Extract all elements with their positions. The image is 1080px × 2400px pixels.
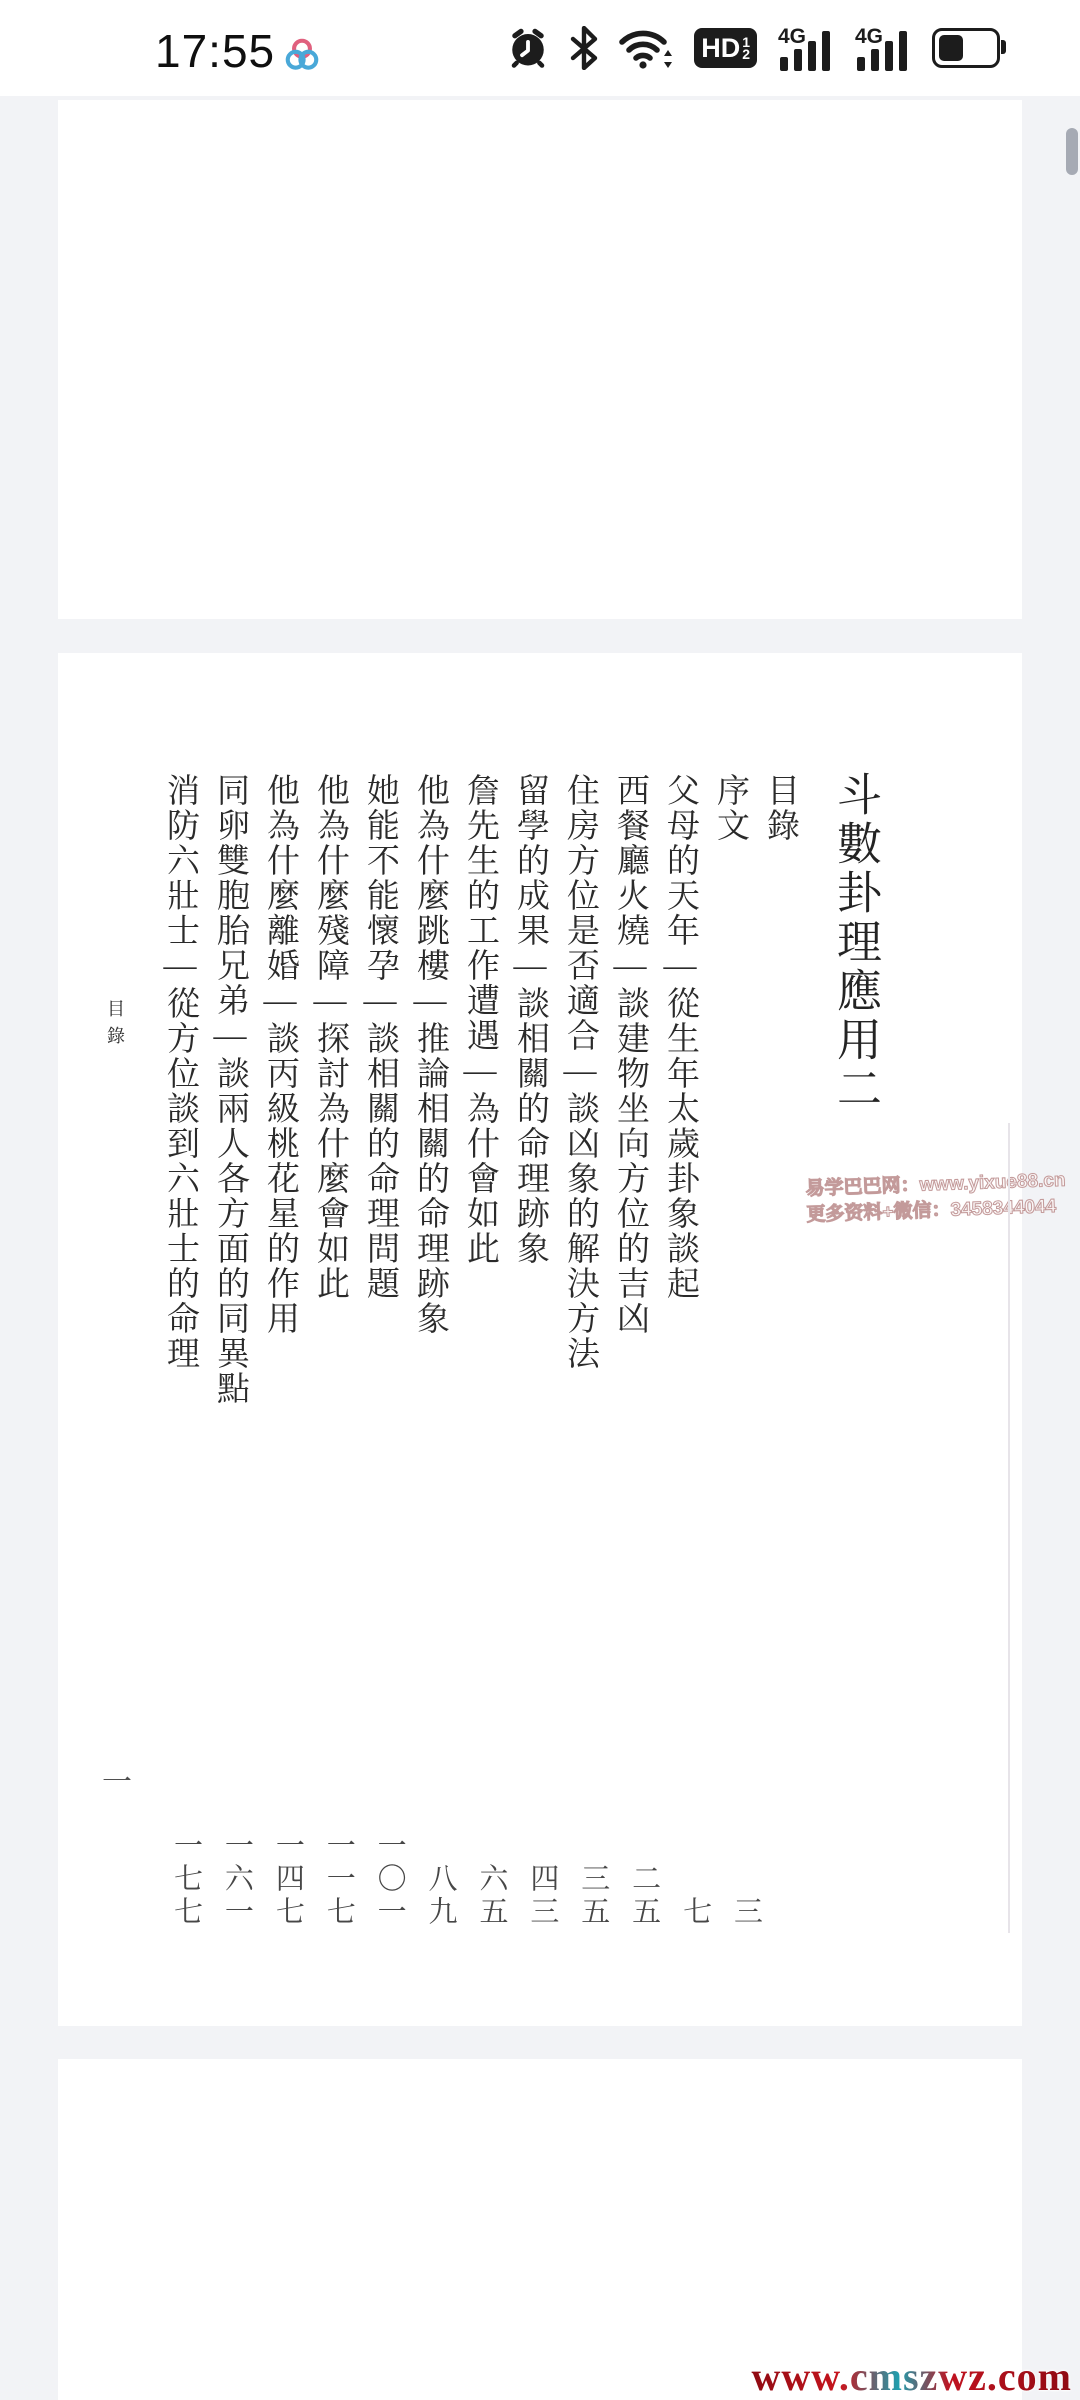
alarm-clock-icon — [507, 26, 549, 70]
toc-page-number: 三五 — [578, 1863, 608, 1929]
scrollbar-thumb[interactable] — [1066, 128, 1078, 175]
document-viewer: 斗數卦理應用二 目錄 序文 父母的天年—從生年太歲卦象談起 西餐廳火燒—談建物坐… — [0, 100, 1080, 2400]
watermark: 易学巴巴网：www.yixue88.cn 更多资料+微信：3458344044 — [805, 1169, 1023, 1229]
toc-page-number: 一七七 — [171, 1830, 201, 1929]
page-toc[interactable]: 斗數卦理應用二 目錄 序文 父母的天年—從生年太歲卦象談起 西餐廳火燒—談建物坐… — [58, 653, 1022, 2026]
bluetooth-icon — [570, 26, 598, 70]
toc-page-number: 六五 — [476, 1863, 506, 1929]
status-icons: HD 1 2 4G 4G — [507, 0, 1000, 96]
toc-page-number: 一六一 — [222, 1830, 252, 1929]
tri-rings-app-icon — [283, 36, 321, 74]
toc-page-number: 一〇一 — [375, 1830, 405, 1929]
toc-page-number: 三 — [731, 1896, 761, 1929]
sim2-network-label: 4G — [855, 25, 883, 48]
status-bar: 17:55 HD 1 2 — [0, 0, 1080, 96]
site-watermark-url: www.cmszwz.com — [751, 2353, 1072, 2400]
toc-page-number: 七 — [680, 1896, 710, 1929]
battery-icon — [932, 28, 1000, 68]
battery-nub — [1001, 40, 1006, 54]
toc-page-number: 一四七 — [273, 1830, 303, 1929]
wifi-icon — [619, 26, 673, 70]
clock-time: 17:55 — [155, 24, 275, 78]
battery-fill — [939, 35, 963, 61]
hd-voice-badge: HD 1 2 — [694, 28, 757, 68]
sim1-signal-icon: 4G — [778, 25, 834, 71]
margin-page-number: 一 — [102, 1757, 132, 1801]
sim2-signal-icon: 4G — [855, 25, 911, 71]
toc-page-number: 八九 — [426, 1863, 456, 1929]
sim1-network-label: 4G — [778, 25, 806, 48]
book-title: 斗數卦理應用二 — [823, 771, 888, 1114]
page-next[interactable] — [58, 2059, 1022, 2400]
page-previous[interactable] — [58, 100, 1022, 619]
hd-sim-bottom: 2 — [742, 48, 750, 60]
hd-label: HD — [701, 33, 740, 64]
toc-page-number: 一一七 — [324, 1830, 354, 1929]
margin-section-label: 目錄 — [102, 999, 128, 1053]
toc-page-number: 四三 — [527, 1863, 557, 1929]
toc-heading: 目錄 — [755, 773, 805, 2093]
toc-page-number: 二五 — [629, 1863, 659, 1929]
scan-page-edge — [1008, 1123, 1010, 1933]
toc-page-numbers: 三 七 二五 三五 四三 六五 八九 一〇一 一一七 一四七 一六一 一七七 — [171, 1821, 761, 1929]
